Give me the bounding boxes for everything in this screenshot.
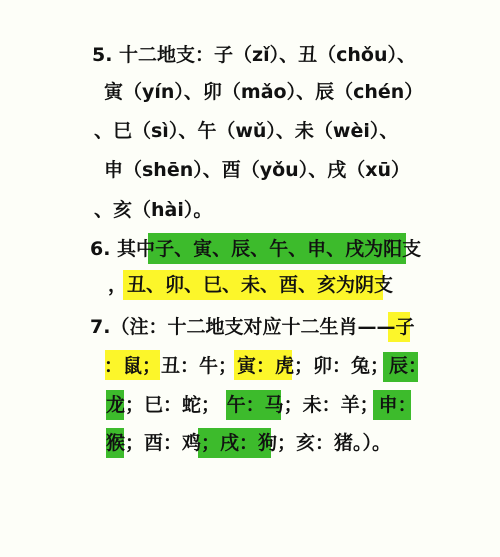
item5-line1: 5. 十二地支：子（zǐ）、丑（chǒu）、 — [92, 40, 416, 70]
item6-line2: ，丑、卯、巳、未、酉、亥为阴支 — [108, 270, 393, 300]
item6-yang-text: 子、寅、辰、午、申、戌为阳支 — [155, 238, 421, 260]
item5-line2: 寅（yín）、卯（mǎo）、辰（chén） — [104, 77, 423, 107]
item5-line5: 、亥（hài）。 — [94, 195, 212, 225]
item7-line2: ：鼠；丑：牛；寅：虎；卯：兔；辰： — [104, 351, 427, 381]
item7-line4: 猴；酉：鸡；戌：狗；亥：猪。）。 — [106, 428, 391, 458]
item5-line3: 、巳（sì）、午（wǔ）、未（wèi）、 — [94, 116, 398, 146]
item5-line4: 申（shēn）、酉（yǒu）、戌（xū） — [104, 155, 410, 185]
item7-line3: 龙；巳：蛇； 午：马；未：羊；申： — [106, 390, 417, 420]
item7-line1: 7.（注：十二地支对应十二生肖——子 — [90, 312, 414, 342]
item6-line1: 6. 其中子、寅、辰、午、申、戌为阳支 — [90, 234, 421, 264]
item6-prefix: 6. 其中 — [90, 238, 155, 260]
